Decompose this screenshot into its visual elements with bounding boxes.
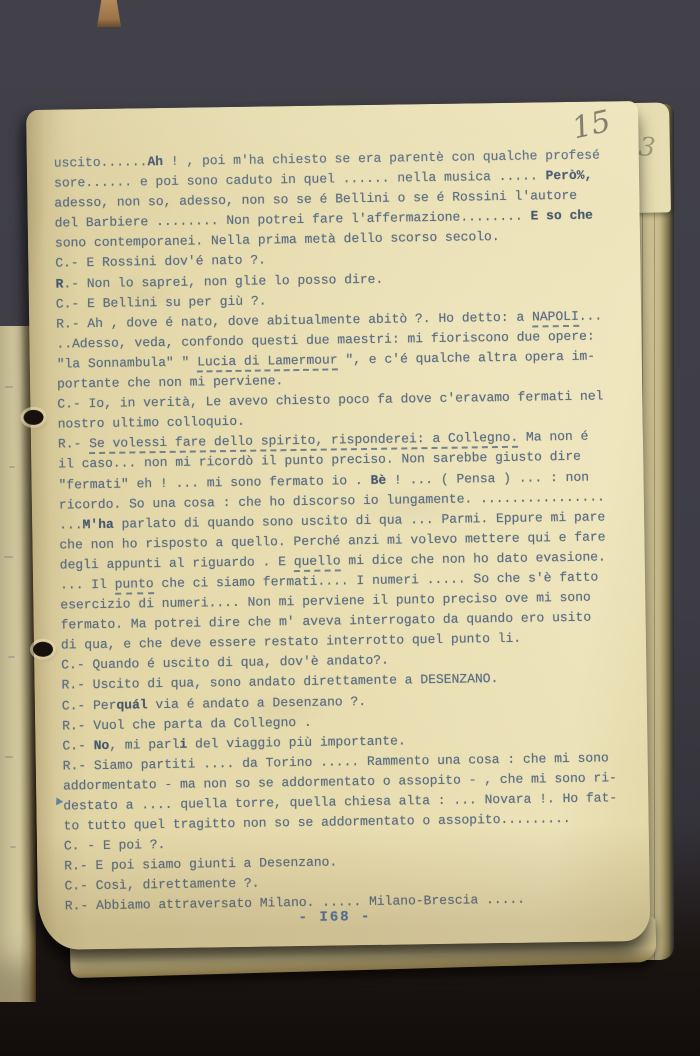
text-segment: E so che: [530, 208, 593, 224]
text-segment: Bè: [370, 472, 386, 487]
text-segment: Però%,: [545, 168, 592, 184]
text-segment: "la Sonnambula" ": [57, 354, 198, 371]
text-segment: degli appunti al riguardo . E: [60, 554, 294, 572]
photo-of-typescript-page: 3 15 uscito......Ah ! , poi m'ha chiesto…: [0, 0, 700, 1056]
text-segment: quál: [116, 697, 147, 712]
text-segment: .- Non lo saprei, non glie lo posso dire…: [63, 271, 383, 291]
text-segment: del viaggio più importante.: [187, 733, 406, 751]
text-segment: di qua, e che deve essere restato interr…: [61, 631, 521, 653]
text-segment: via é andato a Desenzano ?.: [148, 694, 367, 712]
text-segment: R.- E poi siamo giunti a Desenzano.: [64, 855, 337, 874]
text-segment: No: [94, 738, 110, 753]
binding-tape: [97, 0, 121, 27]
text-segment: i: [179, 736, 187, 751]
text-segment: punto: [115, 576, 154, 595]
binding-hole: [33, 642, 53, 657]
text-segment: ! ... ( Pensa ) ... : non: [386, 469, 589, 487]
text-segment: NAPOLI: [532, 309, 579, 328]
text-segment: C.- Così, direttamente ?.: [64, 876, 259, 894]
text-segment: R.- Uscito di qua, sono andato direttame…: [61, 671, 498, 692]
text-segment: , mi parl: [109, 737, 179, 753]
text-segment: C.-: [62, 738, 93, 753]
text-segment: C. - E poi ?.: [64, 837, 166, 854]
text-segment: portante che non mi perviene.: [57, 373, 283, 391]
binding-hole: [23, 410, 43, 425]
text-segment: ... Il: [60, 577, 115, 593]
text-segment: R: [55, 276, 63, 291]
text-segment: R.-: [58, 436, 89, 451]
text-segment: C.- Quando é uscito di qua, dov'è andato…: [61, 653, 389, 673]
text-segment: "fermati" eh ! ... mi sono fermato io .: [58, 472, 370, 492]
typed-text: uscito......Ah ! , poi m'ha chiesto se e…: [54, 145, 635, 917]
text-segment: Ma non é: [518, 429, 588, 445]
text-segment: nostro ultimo colloquio.: [58, 414, 245, 432]
text-segment: M'ha: [82, 516, 113, 531]
text-segment: quello: [294, 553, 341, 572]
text-segment: C.- E Rossini dov'é nato ?.: [55, 253, 266, 271]
text-segment: sono contemporanei. Nella prima metà del…: [55, 229, 500, 251]
text-segment: ", e c'é qualche altra opera im-: [338, 349, 596, 368]
text-segment: R.- Vuol che parta da Collegno .: [62, 714, 312, 733]
text-segment: mi dice che non ho dato evasione.: [340, 549, 605, 568]
text-segment: C.- Per: [62, 697, 117, 713]
text-segment: Ah: [147, 154, 163, 169]
text-segment: C.- E Bellini su per giù ?.: [56, 293, 267, 311]
text-segment: uscito......: [54, 154, 148, 170]
document-page: 15 uscito......Ah ! , poi m'ha chiesto s…: [26, 101, 650, 950]
text-segment: Lucia di Lamermour: [197, 352, 338, 372]
handwritten-folio-number: 15: [569, 104, 614, 147]
text-segment: ...: [579, 308, 603, 323]
handwritten-mark-behind: 3: [638, 132, 657, 163]
text-segment: ...: [59, 517, 83, 532]
